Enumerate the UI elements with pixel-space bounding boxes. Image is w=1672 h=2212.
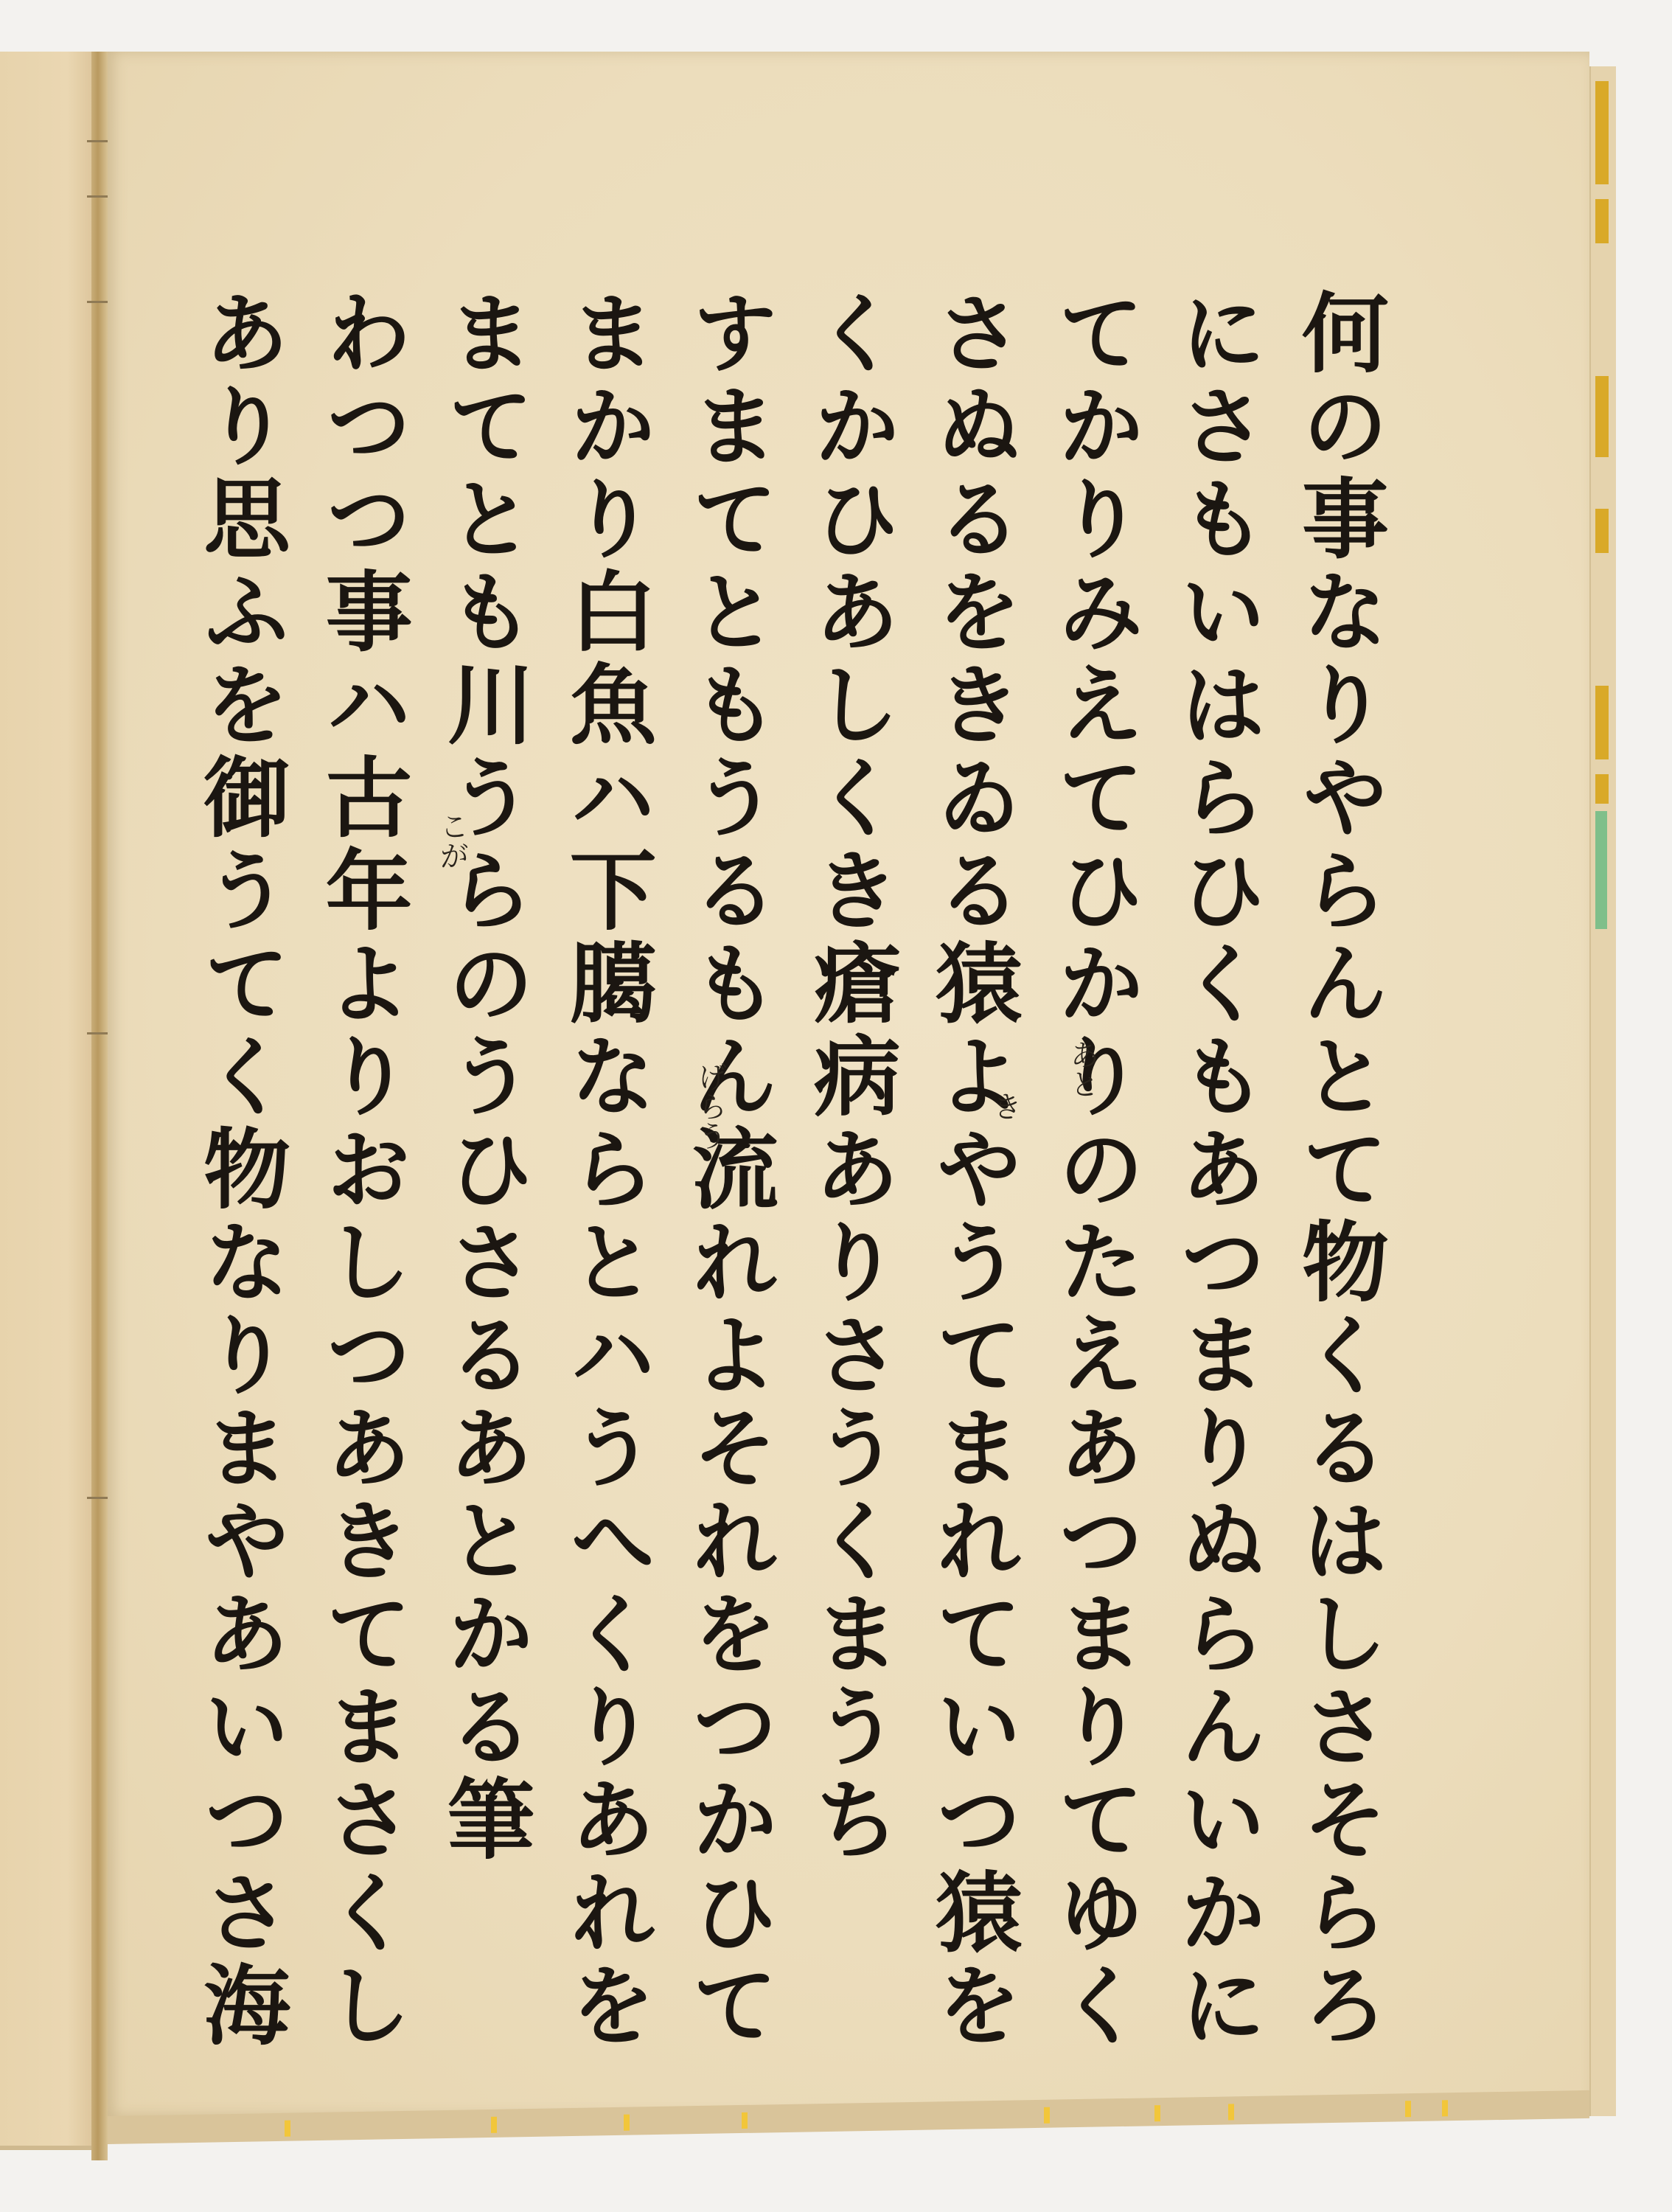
text-column-2: にさもいはらひくもあつまりぬらんいかにひす	[1160, 288, 1271, 2072]
text-column-9: わつつ事ハ古年よりおしつあきてまさくし	[307, 288, 417, 2072]
fore-edge	[1589, 66, 1616, 2116]
text-column-4: さぬるをきゐる猿よやうてまれていつ猿をたが	[916, 288, 1027, 2072]
book-spine	[91, 52, 108, 2160]
ruby-annotation: こが	[431, 811, 473, 870]
text-column-5: くかひあしくき瘡病ありさうくまうち	[795, 288, 905, 2072]
left-page-blank	[0, 52, 96, 2150]
text-column-8: まてとも川うらのうひさるあとかる筆	[428, 288, 539, 2072]
manuscript-text: 何の事なりやらんとて物くるはしさそらろくなりと にさもいはらひくもあつまりぬらん…	[184, 288, 1393, 2072]
ruby-annotation: あと	[1062, 1040, 1104, 1099]
ruby-annotation: き	[984, 1091, 1026, 1121]
text-column-7: まかり白魚ハ下臈ならとハうへくりあれをもちた	[551, 288, 661, 2072]
text-column-10: あり思ふを御うてく物なりまやあいつさ海のまを	[184, 288, 295, 2072]
text-column-6: すまてともうるもん流れよそれをつかひて死	[672, 288, 783, 2072]
ruby-annotation: げらう	[689, 1062, 731, 1150]
text-column-3: てかりみえてひかりのたえあつまりてゆくてつ	[1039, 288, 1149, 2072]
text-column-1: 何の事なりやらんとて物くるはしさそらろくなりと	[1283, 288, 1393, 2072]
